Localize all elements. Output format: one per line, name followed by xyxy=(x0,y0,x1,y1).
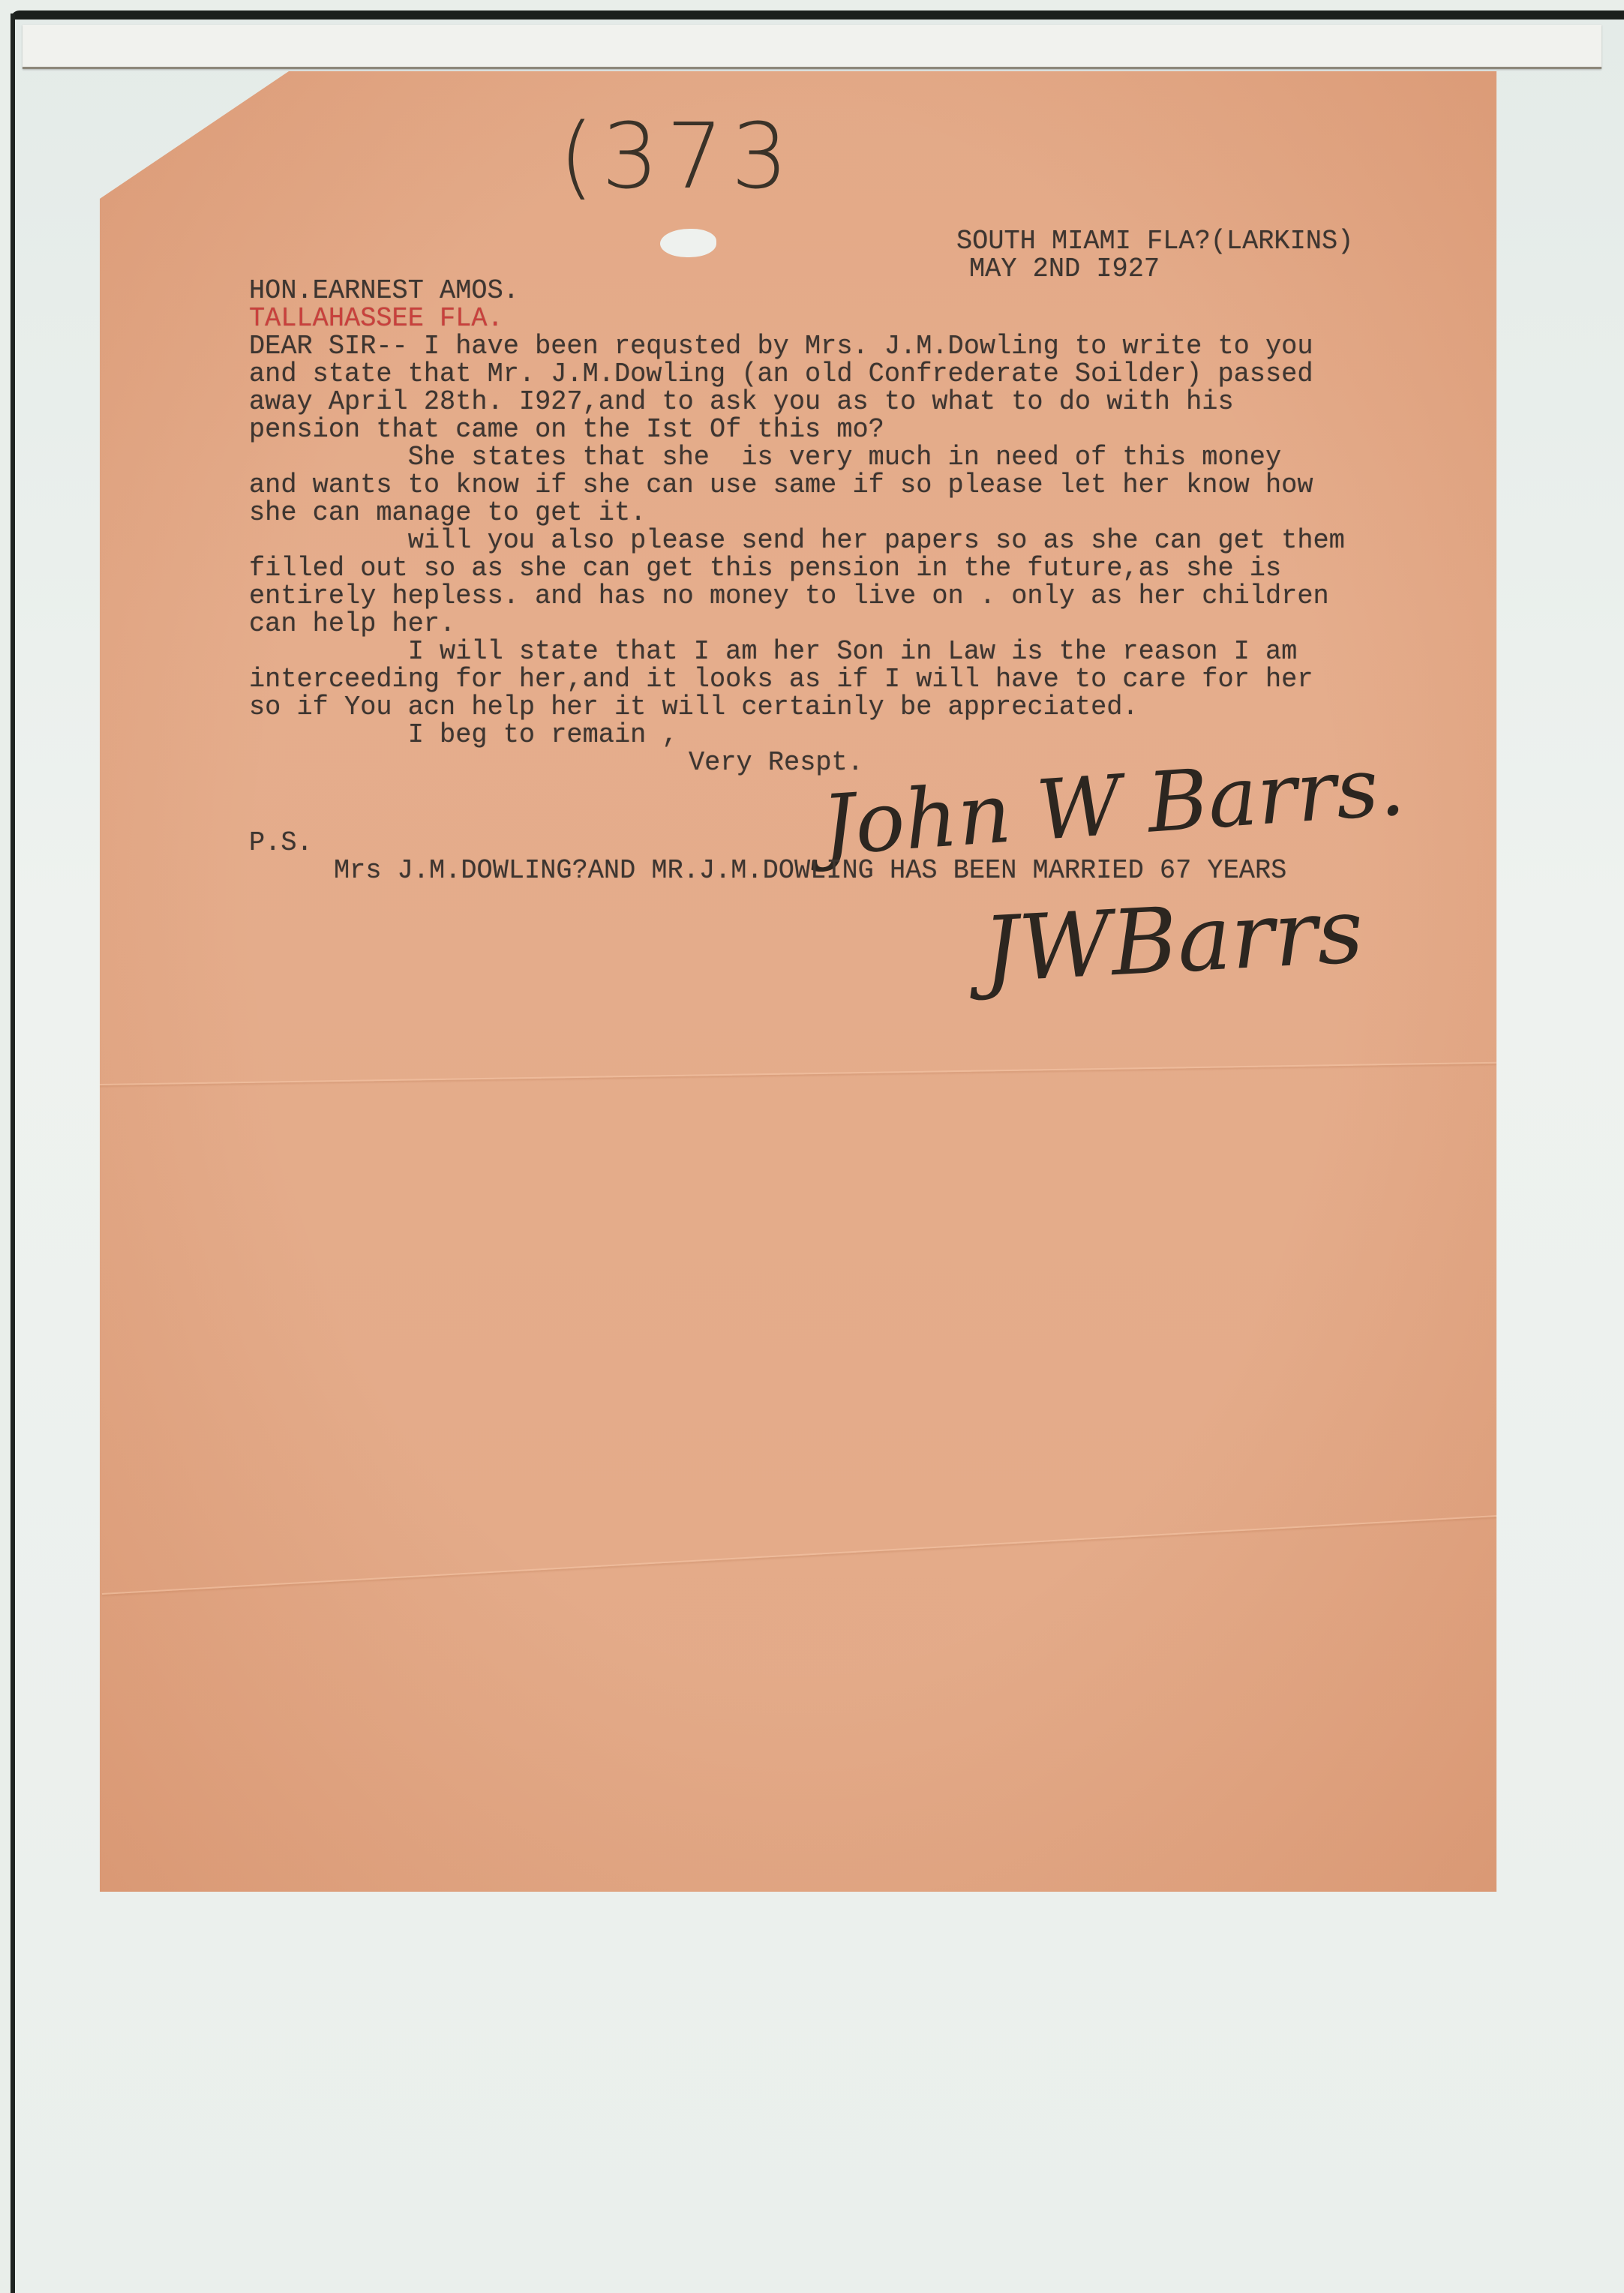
body-line: and state that Mr. J.M.Dowling (an old C… xyxy=(249,360,1313,388)
body-line: and wants to know if she can use same if… xyxy=(249,471,1313,499)
postscript-text: Mrs J.M.DOWLING?AND MR.J.M.DOWLING HAS B… xyxy=(334,857,1286,884)
body-line: DEAR SIR-- I have been requsted by Mrs. … xyxy=(249,332,1313,360)
archive-number: (373 xyxy=(559,105,796,209)
body-line: I beg to remain , xyxy=(249,721,678,749)
body-line: filled out so as she can get this pensio… xyxy=(249,554,1281,582)
scan-frame-left xyxy=(11,14,15,2293)
body-line: I will state that I am her Son in Law is… xyxy=(249,638,1297,665)
fold-crease xyxy=(102,1515,1496,1595)
postscript-label: P.S. xyxy=(249,829,313,857)
body-line: she can manage to get it. xyxy=(249,499,646,527)
second-signature: JWBarrs xyxy=(980,879,1366,1003)
letter-date: MAY 2ND I927 xyxy=(969,255,1160,283)
addressee-name: HON.EARNEST AMOS. xyxy=(249,277,519,305)
fold-crease xyxy=(100,1062,1496,1085)
body-line: can help her. xyxy=(249,610,455,638)
body-line: will you also please send her papers so … xyxy=(249,527,1345,554)
body-line: pension that came on the Ist Of this mo? xyxy=(249,416,884,443)
body-line: away April 28th. I927,and to ask you as … xyxy=(249,388,1234,416)
paper-hole xyxy=(660,229,716,257)
addressee-city: TALLAHASSEE FLA. xyxy=(249,305,503,332)
letter-location: SOUTH MIAMI FLA?(LARKINS) xyxy=(956,227,1353,255)
body-line: so if You acn help her it will certainly… xyxy=(249,693,1139,721)
closing: Very Respt. xyxy=(689,749,863,776)
body-line: She states that she is very much in need… xyxy=(249,443,1281,471)
body-line: entirely hepless. and has no money to li… xyxy=(249,582,1329,610)
mounting-tape xyxy=(23,25,1601,69)
scan-frame-top xyxy=(11,11,1624,20)
body-line: interceeding for her,and it looks as if … xyxy=(249,665,1313,693)
